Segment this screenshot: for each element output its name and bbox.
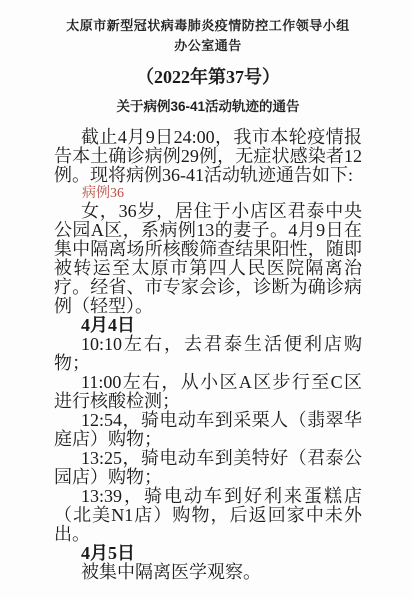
case36-label: 病例36: [54, 185, 362, 202]
document-org-title: 太原市新型冠状病毒肺炎疫情防控工作领导小组 办公室通告: [54, 16, 362, 56]
timeline-entry: 13:25，骑电动车到美特好（君泰公园店）购物；: [54, 449, 362, 487]
notice-body: 截止4月9日24:00，我市本轮疫情报告本土确诊病例29例，无症状感染者12例。…: [54, 128, 362, 582]
notice-document: 太原市新型冠状病毒肺炎疫情防控工作领导小组 办公室通告 （2022年第37号） …: [0, 0, 412, 599]
timeline-entry: 10:10左右，去君泰生活便利店购物；: [54, 335, 362, 373]
intro-paragraph: 截止4月9日24:00，我市本轮疫情报告本土确诊病例29例，无症状感染者12例。…: [54, 128, 362, 185]
case36-summary: 女，36岁，居住于小店区君泰中央公园A区，系病例13的妻子。4月9日在集中隔离场…: [54, 202, 362, 316]
timeline-entry: 被集中隔离医学观察。: [54, 563, 362, 582]
timeline-entry: 11:00左右，从小区A区步行至C区进行核酸检测；: [54, 373, 362, 411]
timeline-entry: 12:54，骑电动车到采栗人（翡翠华庭店）购物；: [54, 411, 362, 449]
notice-subject: 关于病例36-41活动轨迹的通告: [54, 98, 362, 116]
org-title-line1: 太原市新型冠状病毒肺炎疫情防控工作领导小组: [54, 16, 362, 36]
timeline-date-apr4: 4月4日: [54, 316, 362, 335]
org-title-line2: 办公室通告: [54, 36, 362, 56]
doc-number: （2022年第37号）: [54, 65, 362, 89]
timeline-entry: 13:39，骑电动车到好利来蛋糕店（北美N1店）购物，后返回家中未外出。: [54, 487, 362, 544]
timeline-date-apr5: 4月5日: [54, 544, 362, 563]
